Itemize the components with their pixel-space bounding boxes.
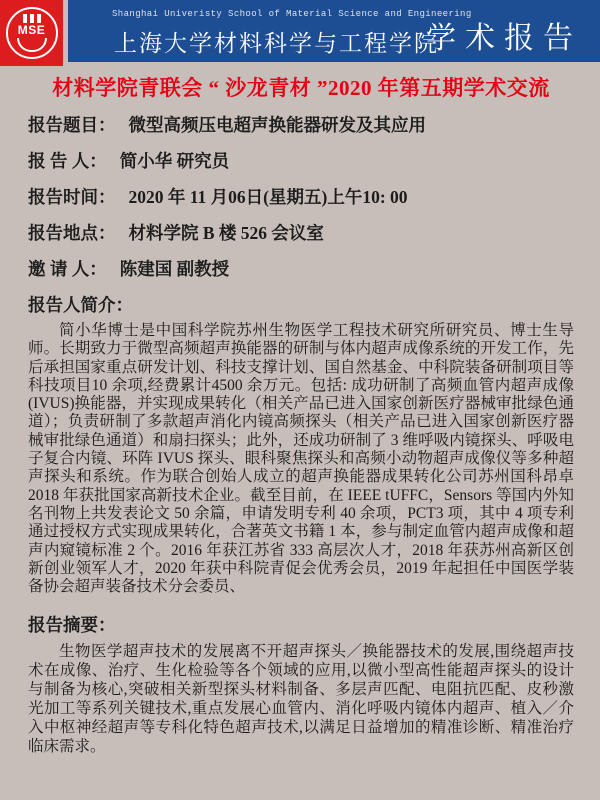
header-band: Shanghai Univeristy School of Material S… (68, 0, 600, 62)
field-label-speaker: 报 告 人： (28, 148, 107, 173)
abstract-paragraph: 生物医学超声技术的发展离不开超声探头／换能器技术的发展,围绕超声技术在成像、治疗… (28, 642, 574, 756)
logo-mse-text: MSE (18, 24, 46, 36)
field-value-location: 材料学院 B 楼 526 会议室 (129, 220, 324, 245)
field-label-host: 邀 请 人： (28, 256, 107, 281)
school-name-english: Shanghai Univeristy School of Material S… (112, 9, 472, 19)
field-row-host: 邀 请 人： 陈建国 副教授 (28, 256, 574, 281)
event-title: 材料学院青联会 “ 沙龙青材 ”2020 年第五期学术交流 (28, 72, 574, 102)
field-value-speaker: 简小华 研究员 (120, 148, 229, 173)
field-row-location: 报告地点： 材料学院 B 楼 526 会议室 (28, 220, 574, 245)
field-value-host: 陈建国 副教授 (120, 256, 229, 281)
seal-circle-icon: MSE (6, 7, 58, 59)
field-value-topic: 微型高频压电超声换能器研发及其应用 (129, 112, 427, 137)
bio-heading: 报告人简介： (28, 292, 574, 317)
school-name-chinese: 上海大学材料科学与工程学院 (114, 25, 439, 58)
abstract-heading: 报告摘要： (28, 612, 574, 637)
seal-bars-icon (23, 14, 41, 23)
bio-paragraph: 简小华博士是中国科学院苏州生物医学工程技术研究所研究员、博士生导师。长期致力于微… (28, 322, 574, 596)
school-logo: MSE (0, 0, 63, 66)
page-title: 学术报告 (426, 13, 582, 57)
field-label-topic: 报告题目： (28, 112, 116, 137)
content-area: 材料学院青联会 “ 沙龙青材 ”2020 年第五期学术交流 报告题目： 微型高频… (28, 68, 574, 756)
field-label-time: 报告时间： (28, 184, 116, 209)
field-row-topic: 报告题目： 微型高频压电超声换能器研发及其应用 (28, 112, 574, 137)
field-value-time: 2020 年 11 月06日(星期五)上午10: 00 (129, 184, 408, 209)
announcement-poster: Shanghai Univeristy School of Material S… (0, 0, 600, 800)
field-label-location: 报告地点： (28, 220, 116, 245)
field-row-time: 报告时间： 2020 年 11 月06日(星期五)上午10: 00 (28, 184, 574, 209)
seal-arc-icon (17, 38, 47, 52)
field-row-speaker: 报 告 人： 简小华 研究员 (28, 148, 574, 173)
